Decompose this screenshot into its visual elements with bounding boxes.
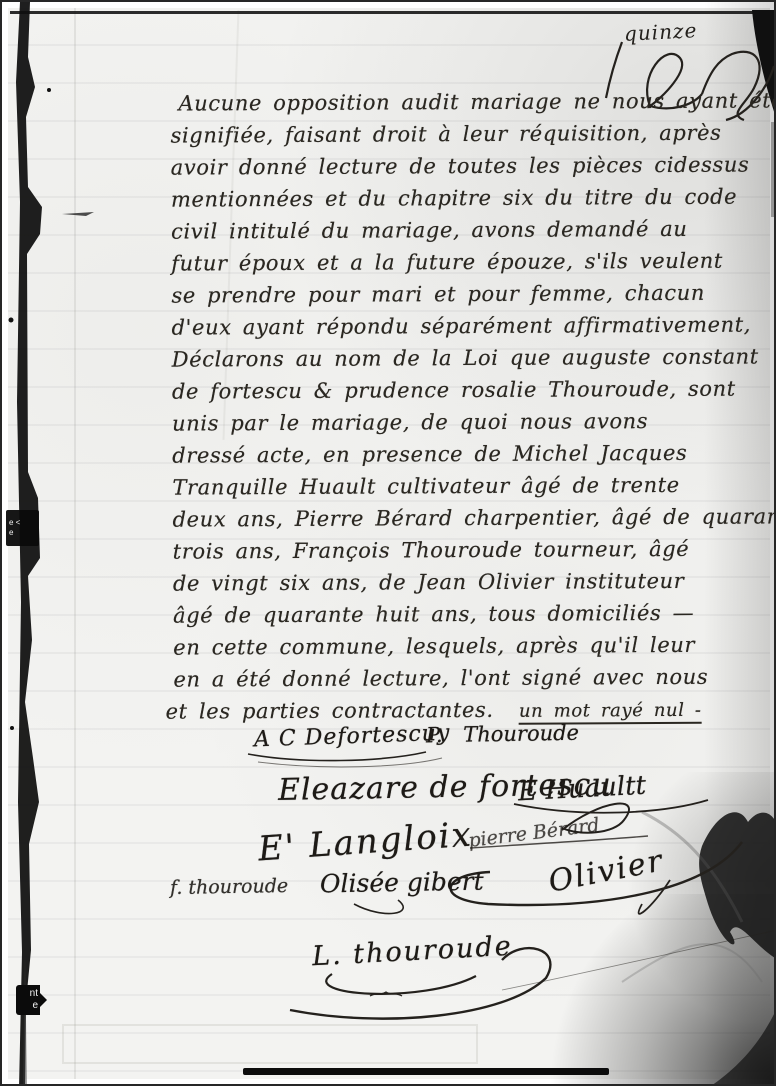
signature-gibert: Olisée gibert xyxy=(320,867,484,899)
scanned-register-page: quinze Aucune opposition audit mariage n… xyxy=(0,0,776,1086)
signature-f-thouroude: f. thouroude xyxy=(170,875,289,899)
left-margin-rule xyxy=(74,8,76,1079)
text-line: mentionnées et du chapitre six du titre … xyxy=(171,180,771,215)
tooltip-fragment-text: e xyxy=(9,528,39,538)
text-line: âgé de quarante huit ans, tous domicilié… xyxy=(173,596,773,631)
text-line: deux ans, Pierre Bérard charpentier, âgé… xyxy=(173,500,773,535)
text-line: de vingt six ans, de Jean Olivier instit… xyxy=(173,564,773,599)
edge-tooltip-fragment-mid: e < e xyxy=(6,510,39,546)
margin-note-quinze: quinze xyxy=(623,18,697,46)
text-line: de fortescu & prudence rosalie Thouroude… xyxy=(172,372,772,407)
text-line: avoir donné lecture de toutes les pièces… xyxy=(171,148,771,183)
act-text-block: Aucune opposition audit mariage ne nous … xyxy=(170,84,773,727)
text-line: dressé acte, en presence de Michel Jacqu… xyxy=(172,436,772,471)
bleedthrough-frame xyxy=(62,1024,478,1064)
text-line: signifiée, faisant droit à leur réquisit… xyxy=(170,116,770,151)
bottom-right-corner-shadow xyxy=(544,894,774,1084)
tooltip-fragment-text: nt xyxy=(30,988,38,1000)
text-line: trois ans, François Thouroude tourneur, … xyxy=(173,532,773,567)
text-line: Déclarons au nom de la Loi que auguste c… xyxy=(172,340,772,375)
text-line: civil intitulé du mariage, avons demandé… xyxy=(171,212,771,247)
text-line: unis par le mariage, de quoi nous avons xyxy=(172,404,772,439)
text-line: d'eux ayant répondu séparément affirmati… xyxy=(172,308,772,343)
signature-bride-thouroude: P. Thouroude xyxy=(426,721,579,748)
tooltip-arrow xyxy=(38,991,47,1009)
text-line: futur époux et a la future épouze, s'ils… xyxy=(171,244,771,279)
tooltip-fragment-text: e < xyxy=(9,518,39,528)
text-line: se prendre pour mari et pour femme, chac… xyxy=(171,276,771,311)
text-line: Tranquille Huault cultivateur âgé de tre… xyxy=(172,468,772,503)
text-line: Aucune opposition audit mariage ne nous … xyxy=(178,84,770,119)
text-line: en a été donné lecture, l'ont signé avec… xyxy=(173,660,773,695)
edge-tooltip-fragment-bottom: nt e xyxy=(16,985,40,1015)
text-line: en cette commune, lesquels, après qu'il … xyxy=(173,628,773,663)
